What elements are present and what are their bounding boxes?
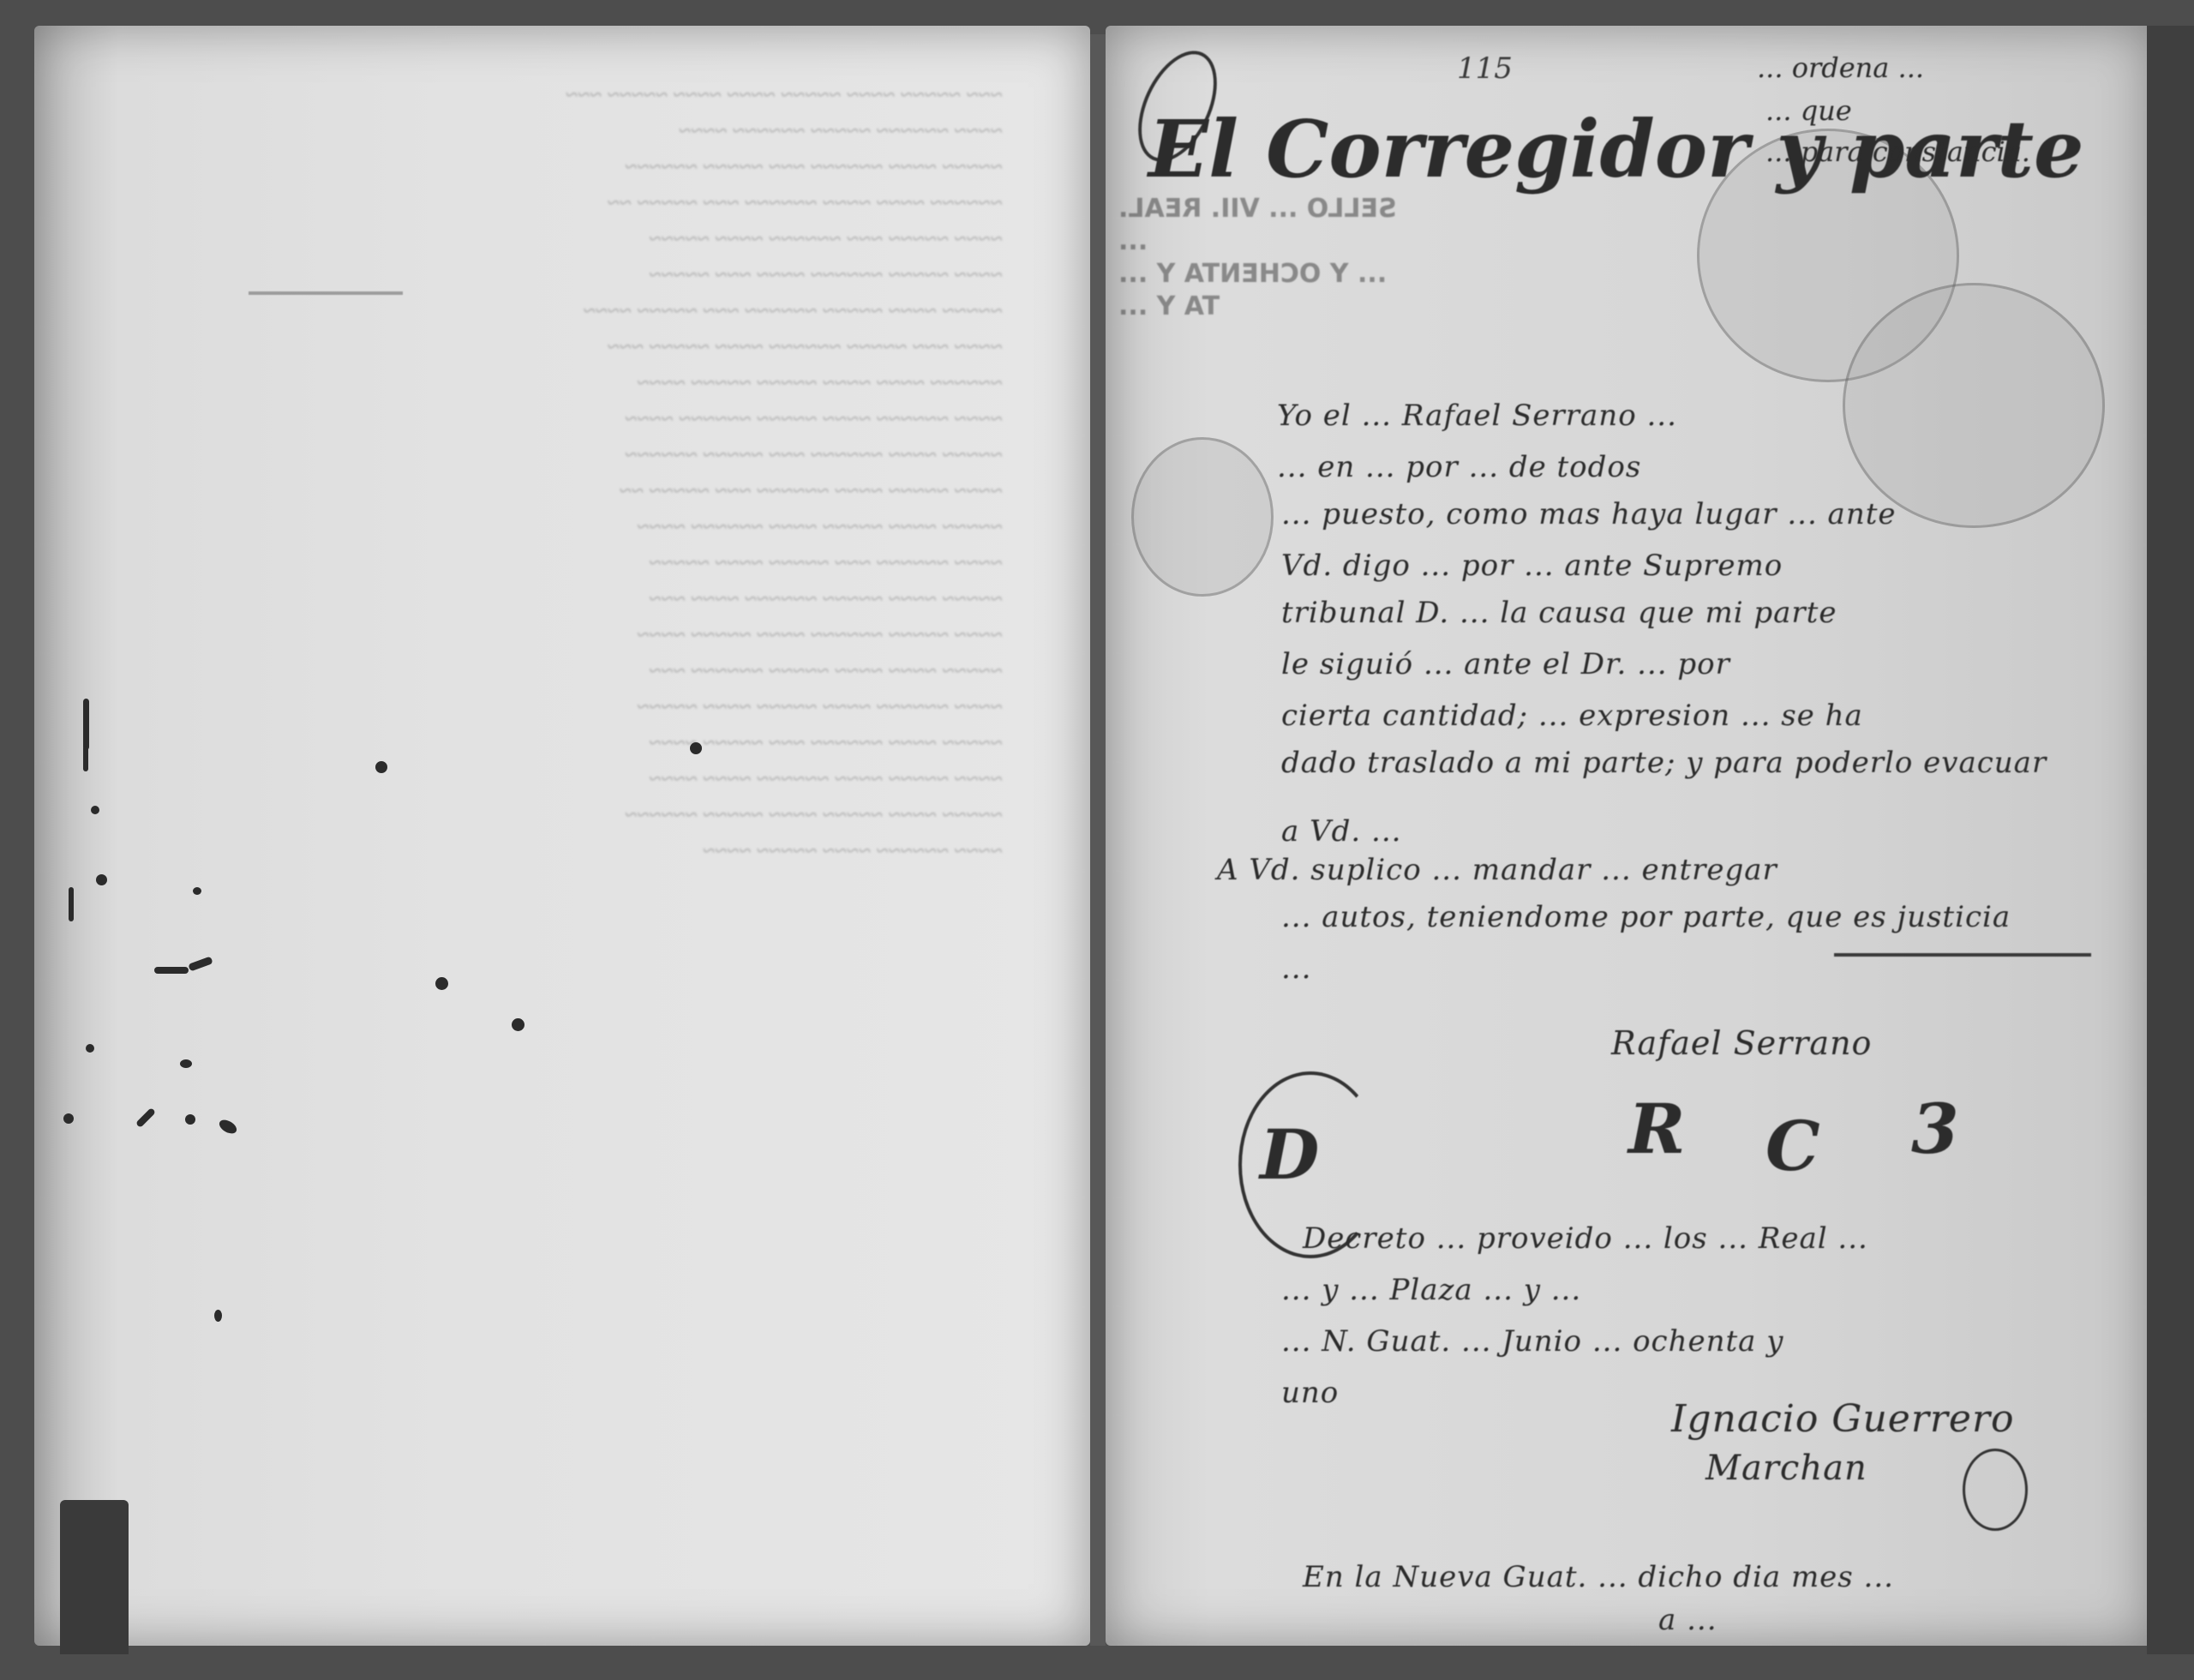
decree-initial: D	[1260, 1114, 1319, 1195]
top-right-line: ... que	[1765, 94, 1852, 127]
stamp-line: ... Y OCHENTA Y ...	[1118, 258, 1598, 291]
ink-mark	[83, 699, 89, 750]
decree-line: Decreto ... proveido ... los ... Real ..…	[1303, 1221, 1868, 1256]
bleed-through-text: ~~~ ~~~~~ ~~~~ ~~~~~ ~~~~ ~~~~ ~~~~~ ~~~…	[249, 77, 1003, 869]
rubric-mark: 3	[1911, 1089, 1959, 1169]
stamp-line: ...	[1118, 225, 1598, 258]
decree-line: ... N. Guat. ... Junio ... ochenta y	[1281, 1324, 1783, 1359]
body-line: Vd. digo ... por ... ante Supremo	[1281, 549, 1783, 583]
ink-spot	[214, 1310, 222, 1322]
bleed-rule	[249, 291, 403, 295]
bottom-trailing: a ...	[1658, 1603, 1717, 1637]
stamp-line: TA Y ...	[1118, 291, 1598, 323]
left-page: ~~~ ~~~~~ ~~~~ ~~~~~ ~~~~ ~~~~ ~~~~~ ~~~…	[34, 26, 1090, 1646]
top-right-line: ... para constancia.	[1765, 135, 2030, 168]
petition-line: ... autos, teniendome por parte, que es …	[1281, 900, 2011, 934]
ink-mark	[69, 887, 74, 921]
book-edge	[2147, 26, 2194, 1654]
decree-line: uno	[1281, 1376, 1339, 1410]
ink-spot	[96, 874, 107, 885]
body-line: ... en ... por ... de todos	[1277, 450, 1641, 484]
petition-line: ...	[1281, 951, 1311, 986]
closing-rule	[1834, 953, 2091, 957]
ink-spot	[690, 742, 702, 754]
rubric-mark: R	[1628, 1089, 1685, 1169]
body-line: Yo el ... Rafael Serrano ...	[1277, 399, 1677, 433]
ink-spot	[512, 1018, 525, 1031]
margin-note: El Corregidor y parte	[1148, 103, 1663, 195]
printed-stamp-text: SELLO ... VII. REAL. ... ... Y OCHENTA Y…	[1118, 193, 1598, 323]
book-gutter	[1090, 34, 1106, 1646]
body-line: tribunal D. ... la causa que mi parte	[1281, 596, 1837, 630]
ink-mark	[83, 746, 88, 771]
ink-spot	[375, 761, 387, 773]
folio-number: 115	[1457, 51, 1513, 86]
ink-spot	[180, 1059, 192, 1068]
signature-flourish	[1963, 1449, 2028, 1531]
signature: Rafael Serrano	[1611, 1024, 1872, 1062]
signature: Marchan	[1705, 1449, 1867, 1488]
ink-stroke	[154, 967, 189, 974]
seal-stamp	[1843, 283, 2105, 528]
petition-line: A Vd. suplico ... mandar ... entregar	[1217, 853, 1777, 887]
body-line: ... puesto, como mas haya lugar ... ante	[1281, 497, 1897, 531]
ink-spot	[86, 1044, 94, 1053]
ink-spot	[91, 806, 99, 814]
ink-spot	[63, 1113, 74, 1124]
top-right-line: ... ordena ...	[1757, 51, 1924, 84]
body-line: cierta cantidad; ... expresion ... se ha	[1281, 699, 1863, 733]
bottom-line: En la Nueva Guat. ... dicho dia mes ...	[1303, 1560, 1894, 1594]
page-tab-marker	[60, 1500, 129, 1654]
body-line: a Vd. ...	[1281, 814, 1401, 849]
signature: Ignacio Guerrero	[1671, 1397, 2014, 1441]
ink-spot	[193, 887, 201, 895]
ink-spot	[435, 977, 448, 990]
body-line: le siguió ... ante el Dr. ... por	[1281, 647, 1730, 681]
decree-line: ... y ... Plaza ... y ...	[1281, 1273, 1581, 1307]
body-line: dado traslado a mi parte; y para poderlo…	[1281, 746, 2047, 780]
rubric-mark: C	[1765, 1106, 1820, 1186]
seal-stamp	[1131, 437, 1274, 597]
stamp-line: SELLO ... VII. REAL.	[1118, 193, 1598, 225]
ink-spot	[185, 1114, 195, 1125]
